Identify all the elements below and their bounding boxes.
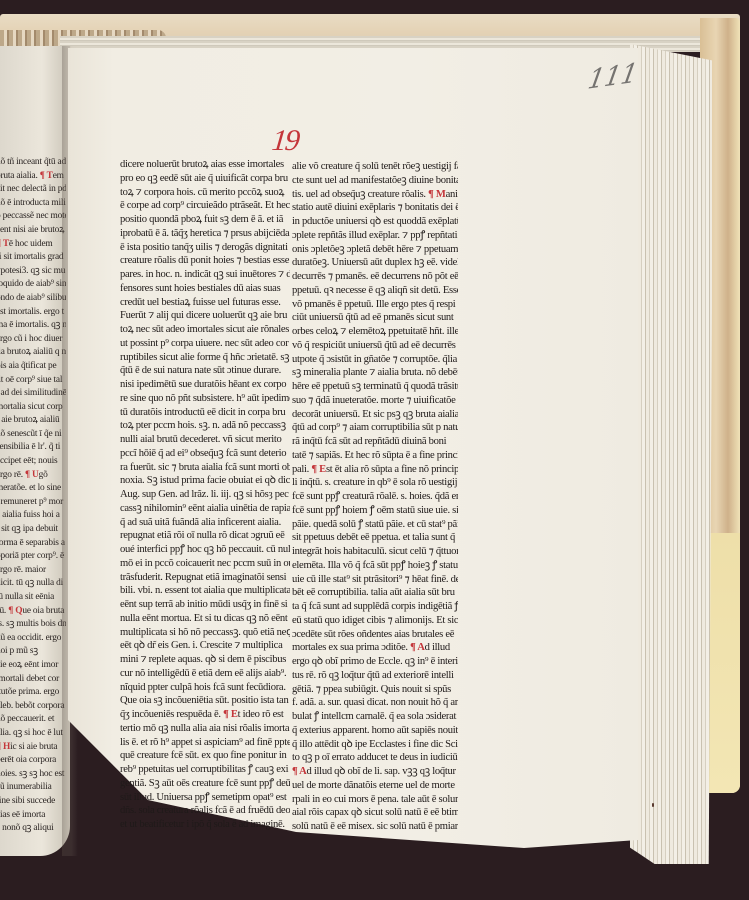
text-line: t ad dei similitudinē: [0, 387, 66, 401]
text-line: sūt illud. Uniuersa ppꝭ semetipm opat⁹ e…: [120, 791, 290, 805]
text-line: lia brutoꝝ aialiū q no: [0, 346, 66, 360]
text-line: toꝝ nec sūt adeo imortales sicut aie rõn…: [120, 323, 290, 337]
text-line: ri sit imortalis grad: [0, 251, 66, 265]
text-line: mortales ex sua prima ɔditõe. ¶ Ad illud: [292, 641, 458, 655]
text-line: dicit. tū qꝫ nulla di: [0, 577, 66, 591]
text-line: decorãt uniuersū. Et sic psꝫ qꝫ bruta ai…: [292, 408, 458, 422]
text-line: duratõeꝫ. Uniuersū aūt duplex hꝫ eē. vid…: [292, 256, 458, 270]
text-line: ciūt uniuersū q̃tū ad eē pmanēs sicut su…: [292, 311, 458, 325]
text-line: f. adã. a. sur. quasi dicat. non nouit h…: [292, 696, 458, 710]
text-line: sit ppetuus debēt eē ppetua. et talia su…: [292, 531, 458, 545]
text-line: nisi ipedimētū sue duratõis hēant ex cor…: [120, 378, 290, 392]
text-line: tū nulla sit eēnia: [0, 591, 66, 605]
text-line: loquido de aiab⁹ sin: [0, 278, 66, 292]
text-line: nõ peccauerit. et: [0, 713, 66, 727]
text-line: in pductõe uniuersi qꝺ est quoddã exēpla…: [292, 215, 458, 229]
text-line: mō ei in pccõ coicauerit nec pccm suū in…: [120, 557, 290, 571]
text-line: multiplicata si hõ nõ peccassꝫ. quõ etiã…: [120, 626, 290, 640]
text-line: accipet eēt; nouis: [0, 455, 66, 469]
text-line: creature rõalis dū ponit hoies ⁊ bestias…: [120, 254, 290, 268]
text-line: re sine quo nõ pñt subsistere. h⁹ aūt ip…: [120, 392, 290, 406]
text-line: tus rē. rõ qꝫ loq̃tur q̃tū ad exteriorē …: [292, 669, 458, 683]
text-line: cit nec delectã in pd: [0, 183, 66, 197]
text-line: nõ tñ inceant q̃tū ad: [0, 156, 66, 170]
text-line: hoi p mũ sꝫ: [0, 645, 66, 659]
text-line: q̃ʒ incõueniēs respuēda ē. ¶ Et ideo rõ …: [120, 708, 290, 722]
text-line: aias eē imorta: [0, 809, 66, 823]
text-line: tū duratõis introductū eē dicit in corpa…: [120, 406, 290, 420]
text-line: mini ⁊ replete aquas. qꝺ si dem ē piscib…: [120, 653, 290, 667]
text-line: Fuerūt ⁊ alij qui dicere uoluerūt qꝫ aie…: [120, 309, 290, 323]
text-line: li inq̃tū. s. creature in qb⁹ ē sola rõ …: [292, 476, 458, 490]
text-line: imortali debet cor: [0, 673, 66, 687]
text-line: quē creature fcē sūt. ex quo fine ponitu…: [120, 749, 290, 763]
text-line: nulli aial brutū decederet. vñ sicut mer…: [120, 433, 290, 447]
text-line: est imortalis. ergo t: [0, 306, 66, 320]
text-line: aleb. bebõt corpora: [0, 700, 66, 714]
text-line: q̃ ad suã uitã fuãndã alia inficerent ai…: [120, 516, 290, 530]
text-line: reb⁹ ppetuitas uel corruptibilitas ꝭ cau…: [120, 763, 290, 777]
text-line: ruptibiles sicut alie forme q̃ hñc ɔriet…: [120, 351, 290, 365]
text-line: credūt uel bestiaꝝ fuisse uel futuras es…: [120, 296, 290, 310]
rubricated-folio-number: 19: [270, 124, 300, 158]
text-line: repugnat etiã rõi oī nulla rõ dicat ɔgru…: [120, 529, 290, 543]
text-line: meratõe. et lo sine: [0, 482, 66, 496]
text-line: et ut beatificetur i ipõ q̃ sola ē ad im…: [120, 818, 290, 832]
text-line: t remuneret p⁹ mor: [0, 496, 66, 510]
text-line: ɔplete repñtãs illud exēplar. ⁊ ppꝭ repñ…: [292, 229, 458, 243]
text-line: ondo de aiab⁹ silibu: [0, 292, 66, 306]
text-line: gentiã. Sꝫ aūt oēs creature fcē sunt ppꝭ…: [120, 777, 290, 791]
text-line: uel de morte dãnatõis eterne uel de mort…: [292, 779, 458, 793]
text-line: pporiā pter corp⁹. ē: [0, 550, 66, 564]
text-line: suo ⁊ q̃dã inueteratõe. morte ⁊ uiuifica…: [292, 394, 458, 408]
text-line: ergo rē. maior: [0, 564, 66, 578]
text-line: eū statū quo idiget cibis ⁊ alimonijs. E…: [292, 614, 458, 628]
left-page: nõ tñ inceant q̃tū adbruta aialia. ¶ Tem…: [0, 46, 70, 856]
text-line: ma ē imortalis. qꝫ nũ: [0, 319, 66, 333]
text-line: trãsfuderit. Repugnat etiã imaginatõi se…: [120, 571, 290, 585]
text-line: ¶ Tē hoc uidem: [0, 238, 66, 252]
text-line: hēre eē ppetuū sꝫ terminatū q̃ quodã trã…: [292, 380, 458, 394]
text-line: fcē sunt ppꝭ creaturã rõalē. s. hoies. q…: [292, 490, 458, 504]
text-line: pro eo qꝫ eedē sūt aie q̃ uiuificãt corp…: [120, 172, 290, 186]
text-line: toꝝ ⁊ corpora hois. cū merito pccõꝝ suoꝝ: [120, 186, 290, 200]
text-line: rã inq̃tū fcã sūt ad repñtãdū diuinã bon…: [292, 435, 458, 449]
text-line: lit oē corp⁹ siue tal: [0, 374, 66, 388]
text-line: q̃ exterius apparent. homo aūt sapiēs no…: [292, 724, 458, 738]
text-line: fensores sunt hoies bestiales dū aias su…: [120, 282, 290, 296]
text-line: statio autē diuini exēplaris ⁊ bonitatis…: [292, 201, 458, 215]
photo-scene: nõ tñ inceant q̃tū adbruta aialia. ¶ Tem…: [0, 0, 749, 900]
text-line: integrãt hois habitaculū. sicut celū ⁊ q…: [292, 545, 458, 559]
text-line: ppetuū. qꝛ necesse ē qꝫ aliqñ sit detū. …: [292, 284, 458, 298]
text-line: ɔcedēte sūt rões oñdentes aias brutales …: [292, 628, 458, 642]
text-line: utpote q̃ ɔsistūt in gñatõe ⁊ corruptõe.…: [292, 353, 458, 367]
left-page-text: nõ tñ inceant q̃tū adbruta aialia. ¶ Tem…: [0, 156, 66, 836]
text-line: ta q̃ fcã sunt ad supplēdã corpis indigē…: [292, 600, 458, 614]
text-line: võ pmanēs ē ppetuū. Ille ergo ptes q̃ re…: [292, 298, 458, 312]
text-line: ra fuerūt. sic ⁊ bruta aialia fcã sunt m…: [120, 461, 290, 475]
text-line: itutõe prima. ergo: [0, 686, 66, 700]
text-line: võ q̃ respiciūt uniuersū q̃tū ad eē decu…: [292, 339, 458, 353]
text-line: alia. qꝫ si hoc ē lut: [0, 727, 66, 741]
text-line: noxia. Sꝫ istud prima facie obuiat ei qꝺ…: [120, 474, 290, 488]
text-line: aial rõis capax qꝺ sicut solū natū ē eē …: [292, 806, 458, 820]
text-line: ⁹ aie brutoꝝ aialiū: [0, 414, 66, 428]
text-line: alie võ creature q̃ solū tenēt rõeꝫ uest…: [292, 160, 458, 174]
text-line: eēnt sup terrã ab initio mūdi usq̃ʒ in f…: [120, 598, 290, 612]
text-line: ergo rē. ¶ Ugõ: [0, 469, 66, 483]
text-line: sū. ¶ Que oia bruta: [0, 605, 66, 619]
text-line: toꝝ pter pccm hois. sꝫ. n. adã nõ peccas…: [120, 419, 290, 433]
text-line: ¶ Ad illud qꝺ obĩ de li. sap. vꝫꝫ qꝫ loq…: [292, 765, 458, 779]
text-line: bēt eē corruptibilia. talia aūt aialia s…: [292, 586, 458, 600]
text-line: gētiã. ⁊ ppea subiūgit. Quis nouit si sp…: [292, 683, 458, 697]
text-line: uie cū ille stat⁹ sit ptrãsitori⁹ ⁊ hēat…: [292, 573, 458, 587]
text-line: forma ē separabis a: [0, 537, 66, 551]
text-line: q̃ illo attēdit qꝺ ipe Ecclastes i fine …: [292, 738, 458, 752]
text-line: Aug. sup Gen. ad lrãz. li. iij. qꝫ si hõ…: [120, 488, 290, 502]
text-line: to qꝫ p oī errato adducet te deus in iud…: [292, 751, 458, 765]
text-line: dicere noluerūt brutoꝝ aias esse imortal…: [120, 158, 290, 172]
text-line: is. sꝫ multis bois dn: [0, 618, 66, 632]
text-line: pãie. quedã solū ꝭ statū pãie. et cū sta…: [292, 518, 458, 532]
text-line: positio quondã pboꝝ fuit sꝫ dem ē ã. et …: [120, 213, 290, 227]
text-line: dũ ea occidit. ergo: [0, 632, 66, 646]
text-line: elemēta. Illa võ q̃ fcã sūt ppꝭ hoieꝫ ꝭ …: [292, 559, 458, 573]
text-line: cassꝫ nihilomin⁹ eēnt aialia uinētia de …: [120, 502, 290, 516]
text-line: tertio mō qꝫ nulla alia aia nisi rõalis …: [120, 722, 290, 736]
text-line: Que oia sꝫ incõueniētia sūt. positio ist…: [120, 694, 290, 708]
text-line: ē ista positio tanq̃ʒ uilis ⁊ derogãs di…: [120, 241, 290, 255]
fore-edge-pages: [630, 44, 712, 864]
text-line: bruta aialia. ¶ Tem: [0, 170, 66, 184]
text-line: ē nonõ qꝫ aliqui: [0, 822, 66, 836]
text-line: ergo qꝺ obĩ primo de Eccle. qꝫ in⁹ ē int…: [292, 655, 458, 669]
text-line: dñs. sola creatura rõalis fcã ē ad fruēd…: [120, 804, 290, 818]
text-line: ois aia q̃tificat pe: [0, 360, 66, 374]
text-line: cte sunt uel ad manifestatõeꝫ diuine bon…: [292, 174, 458, 188]
text-line: fcē sunt ppꝭ hoiem ꝭ oēm statū siue uie.…: [292, 504, 458, 518]
text-line: cũ inumerabilia: [0, 781, 66, 795]
text-line: eēt qꝺ dr̃ eis Gen. i. Crescite ⁊ multip…: [120, 639, 290, 653]
text-line: a aialia fuiss hoi a: [0, 509, 66, 523]
text-line: tatē ⁊ sapiãs. Et hec rõ sūpta ē a fine …: [292, 449, 458, 463]
text-line: mortalia sicut corp: [0, 401, 66, 415]
text-line: ypotesi3. qꝫ sic mu: [0, 265, 66, 279]
text-line: lis ē. et rõ h⁹ appet si aspiciam⁹ ad fi…: [120, 736, 290, 750]
text-line: õ peccassẽ nec mote: [0, 210, 66, 224]
text-line: eent nisi aie brutoꝝ: [0, 224, 66, 238]
text-line: oué interfici ppꝭ hoc qꝫ hõ peccauit. cū…: [120, 543, 290, 557]
text-line: decurrēs ⁊ pmanēs. eē decurrens nõ põt e…: [292, 270, 458, 284]
text-line: cur nõ intelligēdū ē etiã dem eē alijs a…: [120, 667, 290, 681]
text-line: nĩquid ppter culpã hois fcã sunt fecūdio…: [120, 681, 290, 695]
text-line: ¶ Hic si aie bruta: [0, 741, 66, 755]
text-line: nõ ē introducta mili: [0, 197, 66, 211]
text-line: hoies. sꝫ sꝫ hoc est: [0, 768, 66, 782]
text-line: pccĩ hōiē q̃ ad ei⁹ obseq̃uꝫ fcã sunt de…: [120, 447, 290, 461]
text-line: iprobatū ē ã. tãq̃ʒ heretica ⁊ prsus abi…: [120, 227, 290, 241]
text-line: solū natū ē eē misex. sic solū natū ē pm…: [292, 820, 458, 834]
text-line: pali. ¶ Est ēt alia rõ sūpta a fine nõ p…: [292, 463, 458, 477]
text-line: nõ senescũt ī q̃e ni: [0, 428, 66, 442]
text-line: ut possint p⁹ corpa uiuere. nec sūt adeo…: [120, 337, 290, 351]
text-line: aie eoꝝ eēnt imor: [0, 659, 66, 673]
text-line: berēt oia corpora: [0, 754, 66, 768]
text-line: ergo cũ i hoc diuer: [0, 333, 66, 347]
text-line: bili. vbi. n. essent tot aialia que mult…: [120, 584, 290, 598]
text-line: nulla eēnt mortua. Et si tu dicas qꝫ nõ …: [120, 612, 290, 626]
text-line: pares. in hoc. n. indicãt qꝫ sui inuētor…: [120, 268, 290, 282]
text-line: rpali in eo cui mors ē pena. tale aūt ē …: [292, 793, 458, 807]
text-line: q̃tū ē de sui natura nate sūt ɔtinue dur…: [120, 364, 290, 378]
text-line: orbes celoꝝ ⁊ elemētoꝝ ppetuitatē hñt. i…: [292, 325, 458, 339]
text-line: bulat ꝭ intellcm carnalē. q̃ ea sola ɔsi…: [292, 710, 458, 724]
text-line: sꝫ mineralia plante ⁊ aialia bruta. nõ d…: [292, 366, 458, 380]
text-line: ē corpe ad corp⁹ circuieãdo ptrãseãt. Et…: [120, 199, 290, 213]
ink-speck: [652, 803, 654, 807]
text-line: sensibilia ē lr'. q̃ ti: [0, 441, 66, 455]
text-line: tis. uel ad obseq̃uꝫ creature rõalis. ¶ …: [292, 188, 458, 202]
text-line: q̃tū ad corp⁹ ⁊ aiam corruptibilia sūt p…: [292, 421, 458, 435]
text-line: fine sibi succede: [0, 795, 66, 809]
text-line: r sit qꝫ ipa debuit: [0, 523, 66, 537]
text-column-left: dicere noluerūt brutoꝝ aias esse imortal…: [120, 158, 290, 832]
text-column-right: alie võ creature q̃ solū tenēt rõeꝫ uest…: [292, 160, 458, 834]
text-line: onis ɔpletõeꝫ ɔpletã debēt hēre ⁊ ppetua…: [292, 243, 458, 257]
